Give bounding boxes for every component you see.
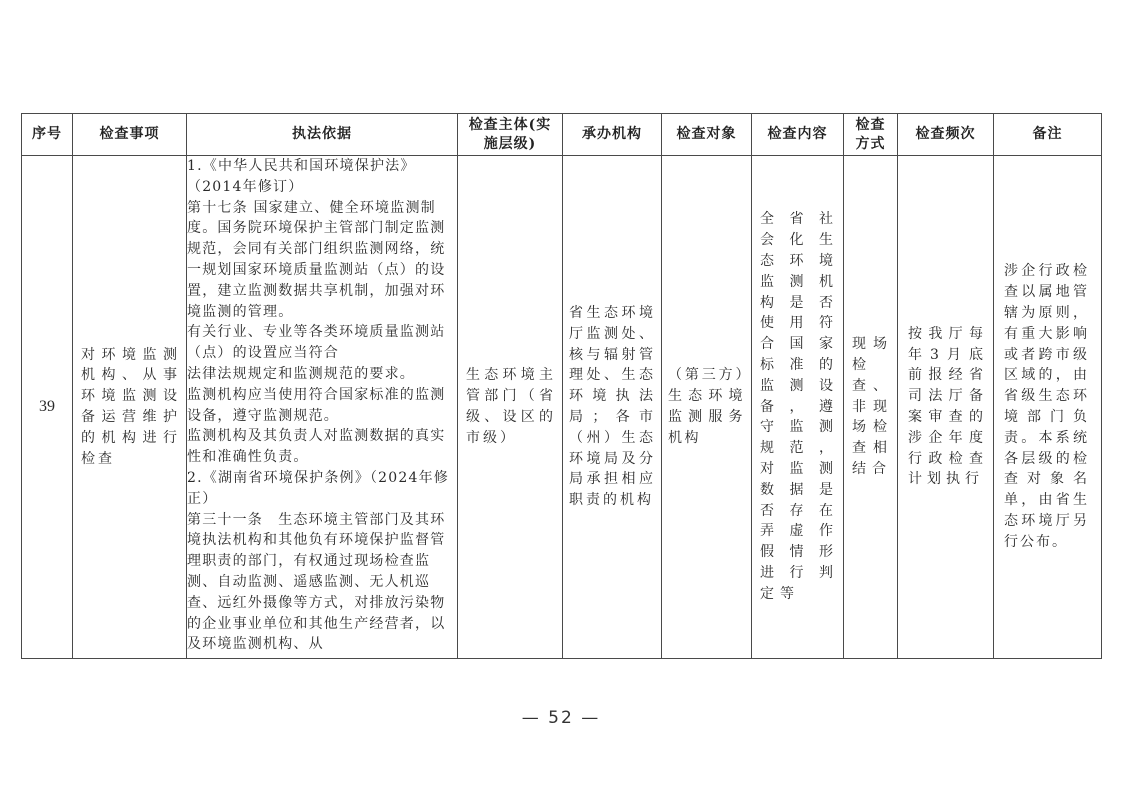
cell-inspection-frequency: 按我厅每年3月底前报经省司法厅备案审查的涉企年度行政检查计划执行 (898, 156, 994, 659)
legal-basis-text: 1.《中华人民共和国环境保护法》（2014年修订） 第十七条 国家建立、健全环境… (187, 156, 457, 656)
inspection-table: 序号 检查事项 执法依据 检查主体(实施层级) 承办机构 检查对象 检查内容 检… (21, 113, 1102, 659)
inspection-subject: 生态环境主管部门（省级、设区的市级） (458, 365, 562, 448)
serial-no: 39 (39, 398, 55, 415)
basis-paragraph: 1.《中华人民共和国环境保护法》（2014年修订） (187, 156, 457, 198)
header-undertaking-agency: 承办机构 (563, 114, 662, 156)
basis-paragraph: 监测机构应当使用符合国家标准的监测设备，遵守监测规范。 (187, 385, 457, 427)
basis-paragraph: 法律法规规定和监测规范的要求。 (187, 364, 457, 385)
cell-remarks: 涉企行政检查以属地管辖为原则，有重大影响或者跨市级区域的，由省级生态环境部门负责… (994, 156, 1102, 659)
basis-paragraph: 第三十一条 生态环境主管部门及其环境执法机构和其他负有环境保护监督管理职责的部门… (187, 510, 457, 656)
page-number: — 52 — (0, 708, 1122, 728)
inspection-frequency: 按我厅每年3月底前报经省司法厅备案审查的涉企年度行政检查计划执行 (898, 324, 993, 490)
header-inspection-frequency: 检查频次 (898, 114, 994, 156)
basis-paragraph: 2.《湖南省环境保护条例》（2024年修正） (187, 468, 457, 510)
inspection-content: 全省社会化生态环境监测机构是否使用符合国家标准的监测设备，遵守监测规范，对监测数… (752, 209, 843, 604)
cell-legal-basis: 1.《中华人民共和国环境保护法》（2014年修订） 第十七条 国家建立、健全环境… (187, 156, 458, 659)
document-page: 序号 检查事项 执法依据 检查主体(实施层级) 承办机构 检查对象 检查内容 检… (0, 0, 1122, 793)
header-inspection-content: 检查内容 (752, 114, 844, 156)
cell-undertaking-agency: 省生态环境厅监测处、核与辐射管理处、生态环境执法局；各市（州）生态环境局及分局承… (563, 156, 662, 659)
basis-paragraph: 第十七条 国家建立、健全环境监测制度。国务院环境保护主管部门制定监测规范，会同有… (187, 198, 457, 323)
table-header-row: 序号 检查事项 执法依据 检查主体(实施层级) 承办机构 检查对象 检查内容 检… (22, 114, 1102, 156)
inspection-target: （第三方）生态环境监测服务机构 (662, 365, 751, 448)
cell-inspection-subject: 生态环境主管部门（省级、设区的市级） (458, 156, 563, 659)
header-inspection-subject: 检查主体(实施层级) (458, 114, 563, 156)
header-legal-basis: 执法依据 (187, 114, 458, 156)
remarks: 涉企行政检查以属地管辖为原则，有重大影响或者跨市级区域的，由省级生态环境部门负责… (994, 261, 1101, 552)
cell-inspection-content: 全省社会化生态环境监测机构是否使用符合国家标准的监测设备，遵守监测规范，对监测数… (752, 156, 844, 659)
cell-inspection-target: （第三方）生态环境监测服务机构 (662, 156, 752, 659)
inspection-method: 现场检查、非现场检查相结合 (844, 334, 897, 480)
undertaking-agency: 省生态环境厅监测处、核与辐射管理处、生态环境执法局；各市（州）生态环境局及分局承… (563, 303, 661, 511)
header-remarks: 备注 (994, 114, 1102, 156)
basis-paragraph: 有关行业、专业等各类环境质量监测站（点）的设置应当符合 (187, 322, 457, 364)
header-inspection-target: 检查对象 (662, 114, 752, 156)
inspection-item: 对环境监测机构、从事环境监测设备运营维护的机构进行检查 (73, 345, 186, 470)
basis-paragraph: 监测机构及其负责人对监测数据的真实性和准确性负责。 (187, 426, 457, 468)
table-row: 39 对环境监测机构、从事环境监测设备运营维护的机构进行检查 1.《中华人民共和… (22, 156, 1102, 659)
header-inspection-item: 检查事项 (73, 114, 187, 156)
cell-inspection-method: 现场检查、非现场检查相结合 (844, 156, 898, 659)
cell-inspection-item: 对环境监测机构、从事环境监测设备运营维护的机构进行检查 (73, 156, 187, 659)
header-inspection-method: 检查方式 (844, 114, 898, 156)
header-serial-no: 序号 (22, 114, 73, 156)
cell-serial-no: 39 (22, 156, 73, 659)
